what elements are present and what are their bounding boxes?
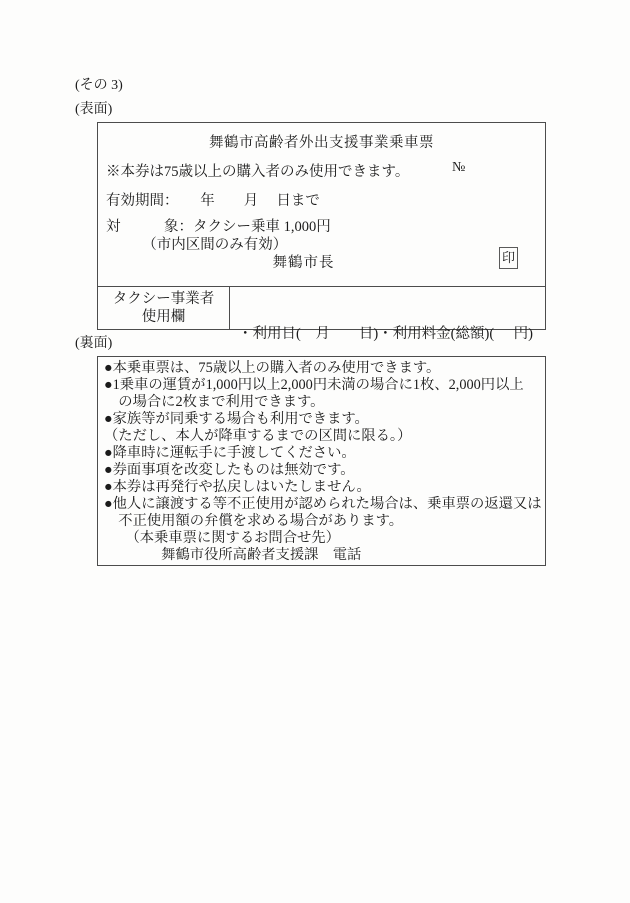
back-rule-line: ●家族等が同乗する場合も利用できます。 (104, 411, 539, 428)
back-rule-line: の場合に2枚まで利用できます。 (104, 394, 539, 411)
front-side-label: (表面) (75, 98, 112, 118)
usage-date-fare-right: 円) (514, 325, 533, 344)
mayor-signature: 舞鶴市長 (98, 251, 509, 272)
back-rule-line: ●券面事項を改変したものは無効です。 (104, 462, 539, 479)
usage-date-fare-row: ・利用日( 月 日)・利用料金(総額)( 円) (238, 325, 533, 344)
back-contact-heading: （本乗車票に関するお問合せ先） (104, 530, 539, 547)
taxi-operator-entry-cell: ・利用日( 月 日)・利用料金(総額)( 円) ・利用区間( ～ ) (230, 287, 545, 329)
taxi-operator-table: タクシー事業者 使用欄 ・利用日( 月 日)・利用料金(総額)( 円) ・利用区… (98, 286, 545, 329)
back-rule-line: ●本券は再発行や払戻しはいたしません。 (104, 479, 539, 496)
back-rule-line: 不正使用額の弁償を求める場合があります。 (104, 513, 539, 530)
back-rule-line: ●1乗車の運賃が1,000円以上2,000円未満の場合に1枚、2,000円以上 (104, 377, 539, 394)
back-contact-line: 舞鶴市役所高齢者支援課 電話 (104, 547, 539, 564)
taxi-operator-header-line2: 使用欄 (142, 308, 186, 327)
usage-date-fare-left: ・利用日( 月 日)・利用料金(総額)( (238, 325, 494, 344)
back-rule-line: ●降車時に運転手に手渡してください。 (104, 445, 539, 462)
document-page: (その 3) (表面) 舞鶴市高齢者外出支援事業乗車票 ※本券は75歳以上の購入… (0, 0, 630, 903)
validity-period-line: 有効期間： 年 月 日まで (106, 189, 320, 210)
back-rule-line: ●本乗車票は、75歳以上の購入者のみ使用できます。 (104, 360, 539, 377)
taxi-operator-header-cell: タクシー事業者 使用欄 (98, 287, 230, 329)
back-rule-line: ●他人に譲渡する等不正使用が認められた場合は、乗車票の返還又は (104, 496, 539, 513)
ticket-title: 舞鶴市高齢者外出支援事業乗車票 (98, 131, 545, 152)
taxi-operator-header-line1: タクシー事業者 (113, 290, 215, 309)
ticket-number-label: № (452, 160, 465, 176)
back-rule-line: （ただし、本人が降車するまでの区間に限る。） (104, 428, 539, 445)
seal-box: 印 (499, 247, 518, 269)
age-restriction-note: ※本券は75歳以上の購入者のみ使用できます。 (106, 160, 409, 181)
part-number-label: (その 3) (75, 74, 123, 94)
back-side-label: (裏面) (75, 332, 112, 352)
ticket-front-box: 舞鶴市高齢者外出支援事業乗車票 ※本券は75歳以上の購入者のみ使用できます。 №… (97, 122, 546, 330)
ticket-back-box: ●本乗車票は、75歳以上の購入者のみ使用できます。 ●1乗車の運賃が1,000円… (97, 356, 546, 566)
